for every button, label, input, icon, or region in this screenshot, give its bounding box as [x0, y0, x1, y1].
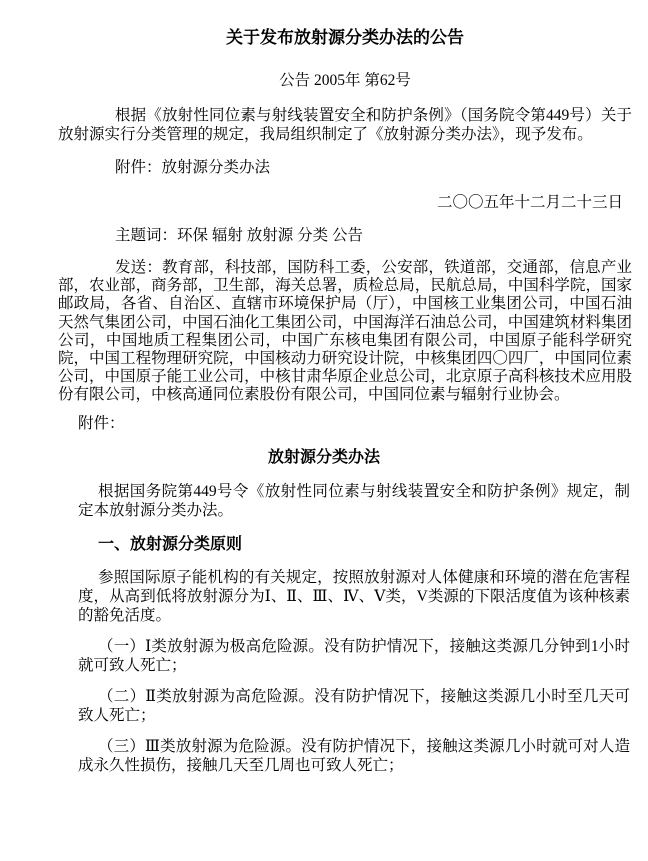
attachment-intro-paragraph: 根据国务院第449号令《放射性同位素与射线装置安全和防护条例》规定，制定本放射源… [78, 482, 630, 520]
section-1-heading: 一、放射源分类原则 [78, 535, 630, 554]
doc-number: 公告 2005年 第62号 [58, 71, 632, 90]
attachment-section: 附件： 放射源分类办法 根据国务院第449号令《放射性同位素与射线装置安全和防护… [0, 414, 648, 775]
attachment-label: 附件： [78, 414, 630, 433]
classification-item-2: （二）Ⅱ类放射源为高危险源。没有防护情况下，接触这类源几小时至几天可致人死亡； [78, 687, 630, 725]
classification-item-3: （三）Ⅲ类放射源为危险源。没有防护情况下，接触这类源几小时就可对人造成永久性损伤… [78, 737, 630, 775]
page-title: 关于发布放射源分类办法的公告 [58, 28, 632, 48]
keywords-line: 主题词：环保 辐射 放射源 分类 公告 [58, 226, 632, 245]
attachment-title: 放射源分类办法 [78, 448, 570, 467]
issue-date: 二〇〇五年十二月二十三日 [58, 193, 623, 212]
intro-paragraph: 根据《放射性同位素与射线装置安全和防护条例》（国务院令第449号）关于放射源实行… [58, 106, 632, 144]
attachment-reference-line: 附件：放射源分类办法 [58, 158, 632, 177]
classification-item-1: （一）Ⅰ类放射源为极高危险源。没有防护情况下，接触这类源几分钟到1小时就可致人死… [78, 637, 630, 675]
distribution-list: 发送：教育部，科技部，国防科工委，公安部，铁道部，交通部，信息产业部，农业部，商… [58, 259, 632, 405]
document-page: 关于发布放射源分类办法的公告 公告 2005年 第62号 根据《放射性同位素与射… [0, 0, 648, 861]
classification-principle-paragraph: 参照国际原子能机构的有关规定，按照放射源对人体健康和环境的潜在危害程度，从高到低… [78, 568, 630, 625]
announcement-section: 关于发布放射源分类办法的公告 公告 2005年 第62号 根据《放射性同位素与射… [0, 28, 648, 405]
